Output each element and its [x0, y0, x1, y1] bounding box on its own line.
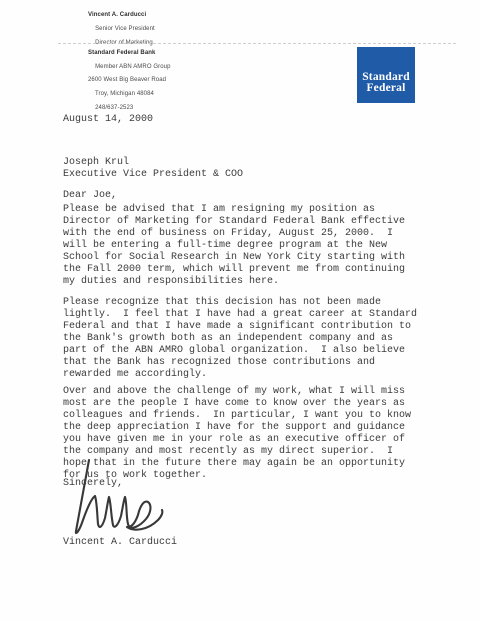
letterhead-phone: 248/637-2523	[95, 105, 133, 111]
letterhead-divider	[58, 43, 456, 44]
letterhead-sender-block: Vincent A. Carducci Senior Vice Presiden…	[88, 12, 155, 54]
letter-date: August 14, 2000	[63, 114, 153, 126]
letterhead-sender-name: Vincent A. Carducci	[88, 12, 146, 18]
recipient-block: Joseph Krul Executive Vice President & C…	[63, 157, 243, 181]
scanned-letter-page: Vincent A. Carducci Senior Vice Presiden…	[0, 0, 480, 621]
letterhead-address-line-2: Troy, Michigan 48084	[95, 91, 154, 97]
letterhead-membership: Member ABN AMRO Group	[95, 64, 170, 70]
salutation: Dear Joe,	[63, 190, 117, 202]
logo-word-federal: Federal	[366, 83, 405, 94]
letterhead-address-block: 2600 West Big Beaver Road Troy, Michigan…	[88, 77, 166, 119]
body-paragraph-2: Please recognize that this decision has …	[63, 297, 417, 381]
letterhead-sender-title-1: Senior Vice President	[95, 26, 155, 32]
standard-federal-logo: Standard Federal	[357, 47, 415, 103]
letterhead-company-name: Standard Federal Bank	[88, 50, 155, 56]
letterhead-company-block: Standard Federal Bank Member ABN AMRO Gr…	[88, 50, 171, 78]
body-paragraph-1: Please be advised that I am resigning my…	[63, 204, 405, 288]
letterhead-address-line-1: 2600 West Big Beaver Road	[88, 77, 166, 83]
signed-name: Vincent A. Carducci	[63, 537, 177, 549]
